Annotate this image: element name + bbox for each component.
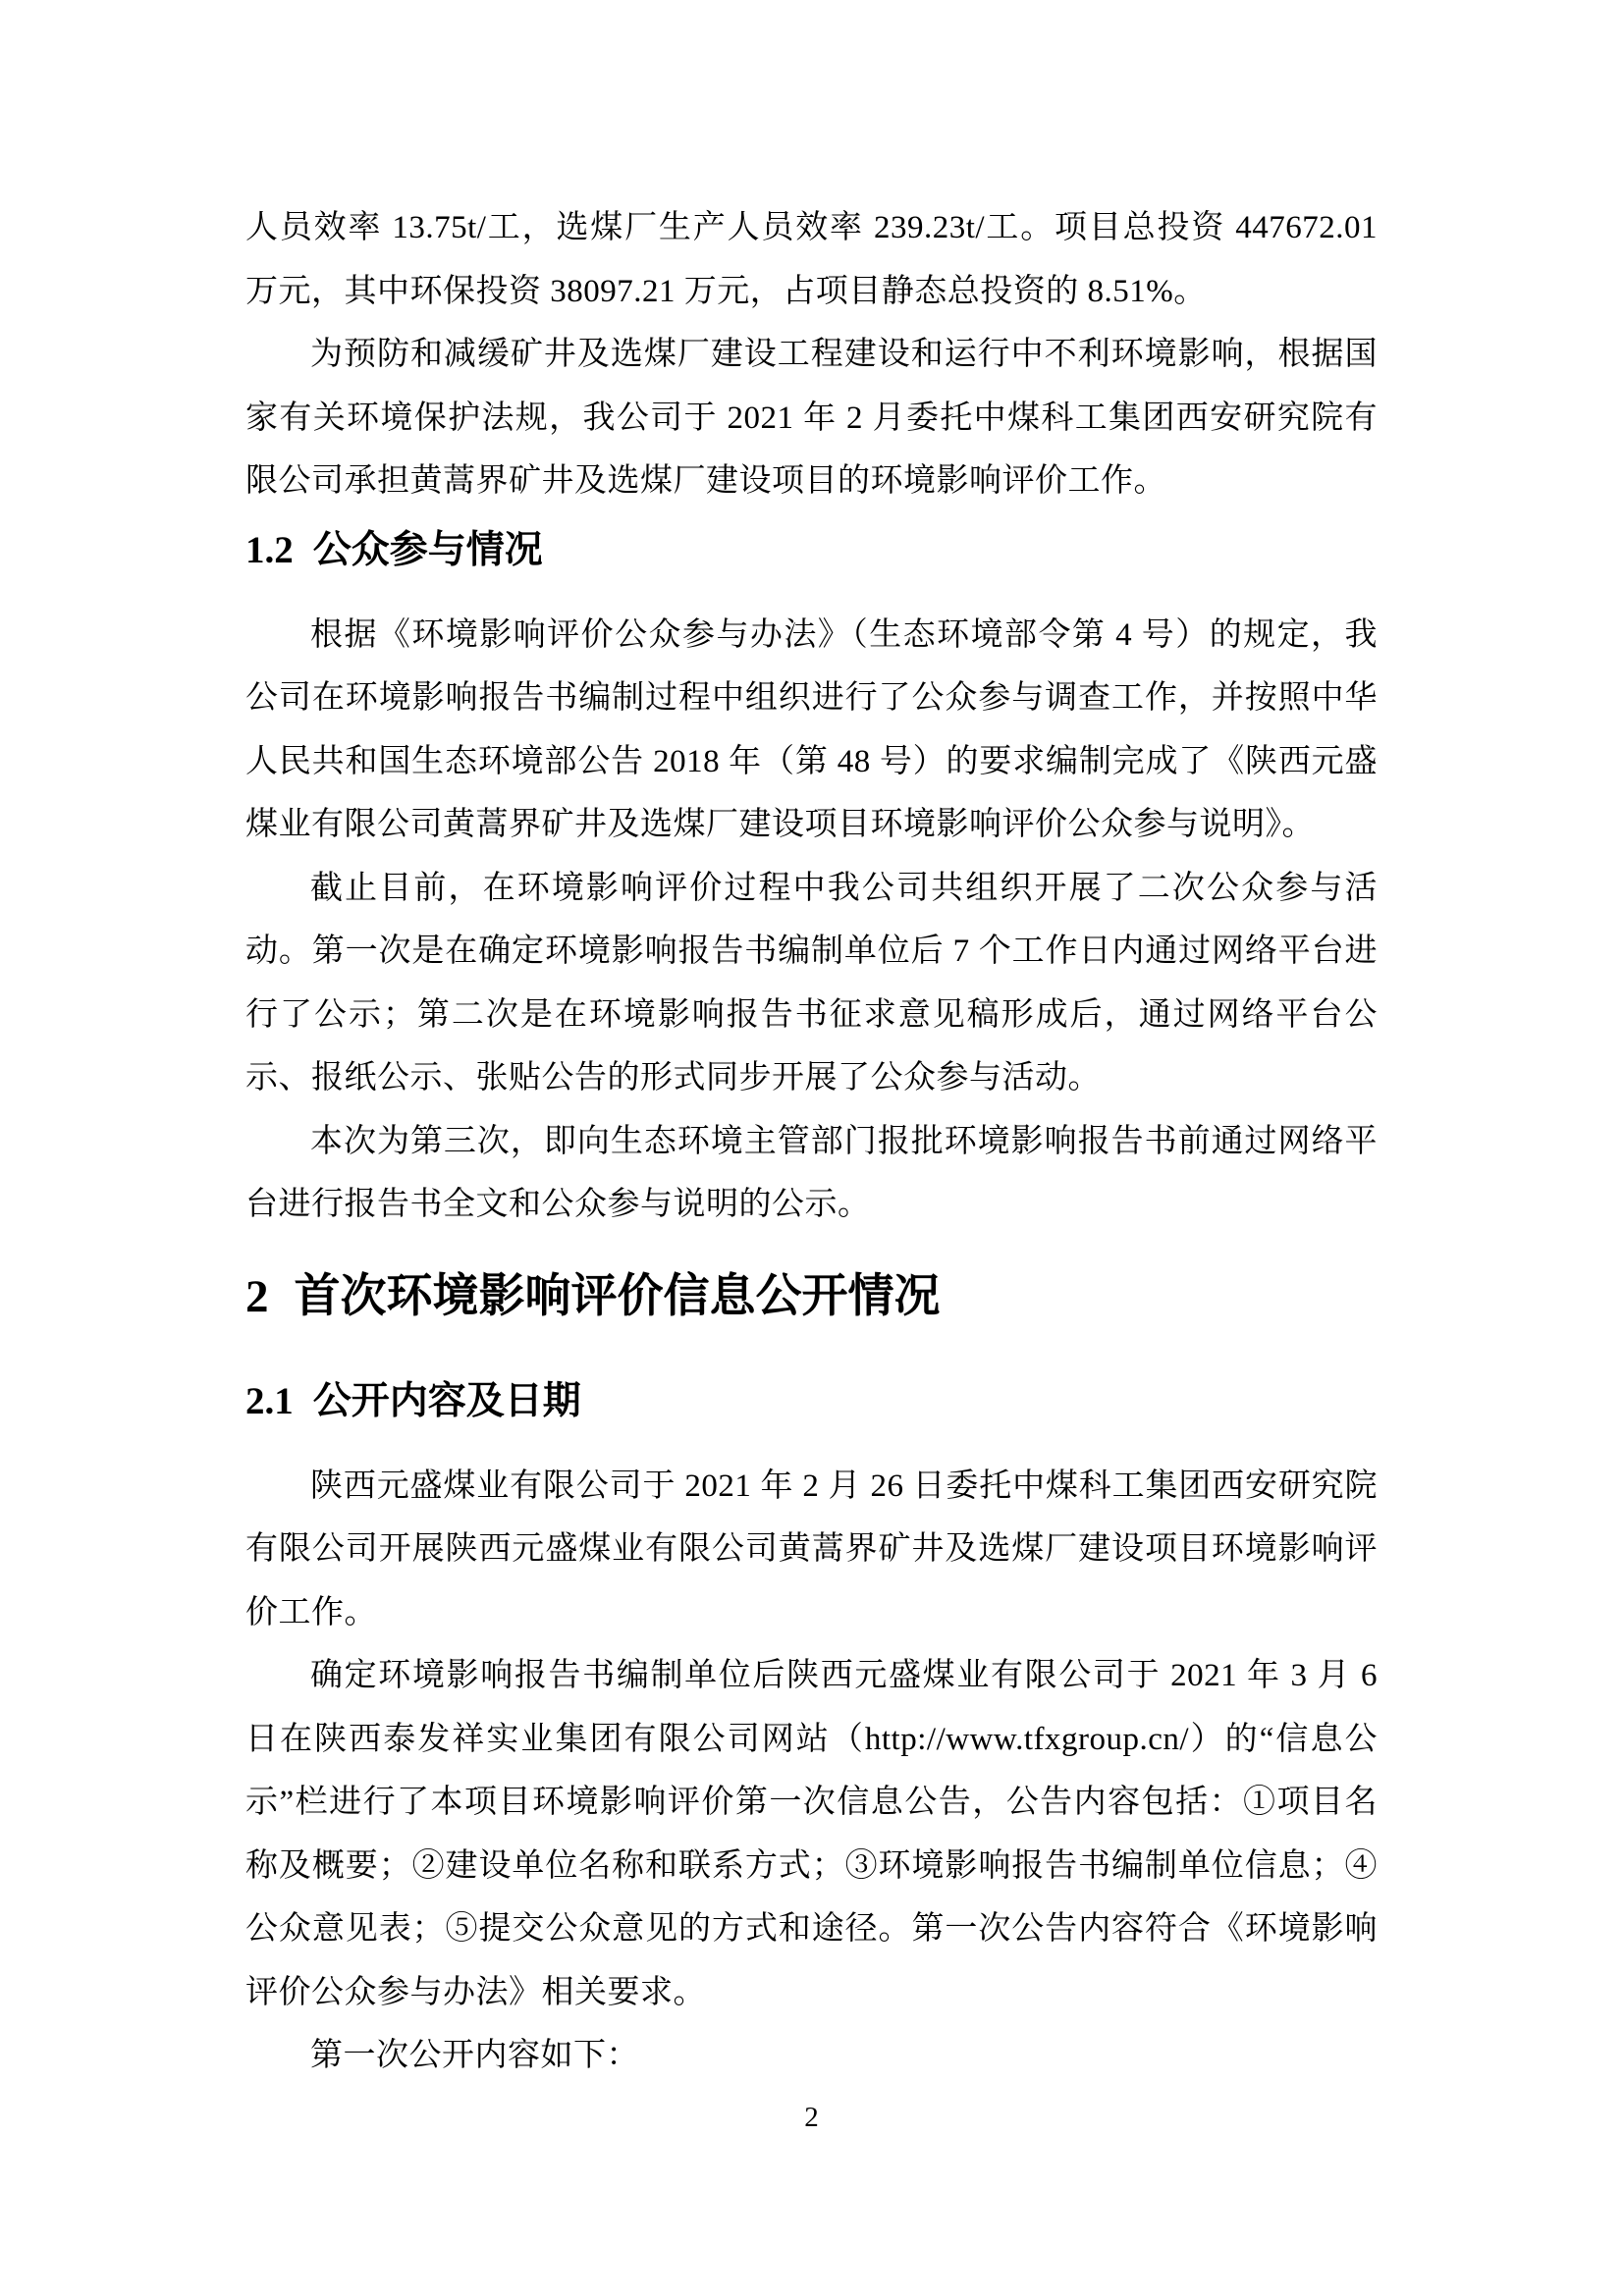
heading-section-2: 2首次环境影响评价信息公开情况 — [245, 1266, 1378, 1327]
document-page: 人员效率 13.75t/工，选煤厂生产人员效率 239.23t/工。项目总投资 … — [0, 0, 1623, 2296]
heading-title: 公众参与情况 — [313, 529, 543, 571]
heading-title: 首次环境影响评价信息公开情况 — [295, 1271, 941, 1322]
heading-title: 公开内容及日期 — [313, 1380, 581, 1422]
paragraph-investment-continuation: 人员效率 13.75t/工，选煤厂生产人员效率 239.23t/工。项目总投资 … — [245, 196, 1378, 323]
paragraph-public-participation-method: 根据《环境影响评价公众参与办法》（生态环境部令第 4 号）的规定，我公司在环境影… — [245, 604, 1378, 857]
heading-section-1-2: 1.2公众参与情况 — [245, 525, 1378, 576]
paragraph-entrustment: 陕西元盛煤业有限公司于 2021 年 2 月 26 日委托中煤科工集团西安研究院… — [245, 1455, 1378, 1645]
paragraph-first-information-publicity: 确定环境影响报告书编制单位后陕西元盛煤业有限公司于 2021 年 3 月 6 日… — [245, 1644, 1378, 2024]
paragraph-first-content-intro: 第一次公开内容如下： — [245, 2024, 1378, 2088]
heading-number: 2.1 — [245, 1380, 294, 1422]
heading-number: 2 — [245, 1271, 269, 1322]
paragraph-third-publicity: 本次为第三次，即向生态环境主管部门报批环境影响报告书前通过网络平台进行报告书全文… — [245, 1110, 1378, 1237]
paragraph-participation-activities: 截止目前，在环境影响评价过程中我公司共组织开展了二次公众参与活动。第一次是在确定… — [245, 857, 1378, 1110]
paragraph-commission: 为预防和减缓矿井及选煤厂建设工程建设和运行中不利环境影响，根据国家有关环境保护法… — [245, 323, 1378, 513]
heading-section-2-1: 2.1公开内容及日期 — [245, 1376, 1378, 1427]
heading-number: 1.2 — [245, 529, 294, 571]
page-number: 2 — [0, 2101, 1623, 2134]
